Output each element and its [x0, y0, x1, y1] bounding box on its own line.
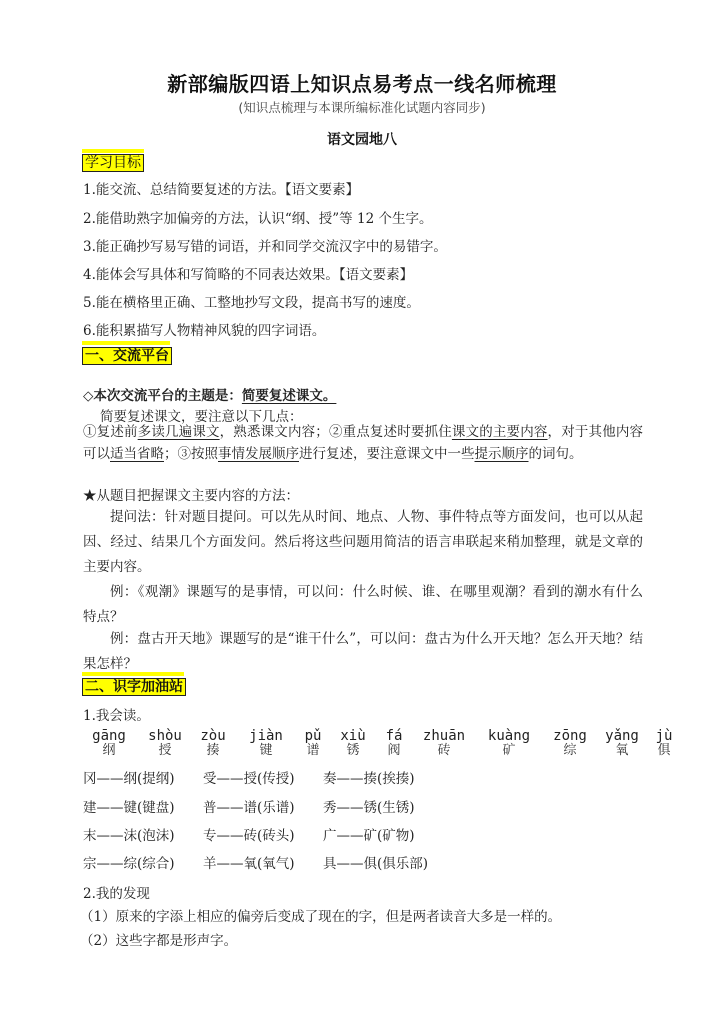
word-row: 建——键(键盘) 普——谱(乐谱) 秀——锈(生锈) — [83, 796, 443, 816]
document-page: 新部编版四语上知识点易考点一线名师梳理 (知识点梳理与本课所编标准化试题内容同步… — [0, 0, 724, 1024]
word-pair: 宗——综(综合) — [83, 852, 203, 872]
word-pair: 普——谱(乐谱) — [203, 796, 323, 816]
goal-item: 2.能借助熟字加偏旁的方法，认识“纲、授”等 12 个生字。 — [83, 207, 432, 227]
goal-item: 1.能交流、总结简要复述的方法。【语文要素】 — [83, 178, 359, 198]
word-pair: 专——砖(砖头) — [203, 824, 323, 844]
pinyin-item: gāng纲 — [83, 728, 135, 758]
subheading-read: 1.我会读。 — [83, 704, 150, 724]
underlined-text: 多读几遍课文 — [138, 424, 220, 440]
goal-item: 6.能积累描写人物精神风貌的四字词语。 — [83, 319, 325, 339]
pinyin-item: pǔ谱 — [299, 728, 327, 758]
pinyin-item: xiù锈 — [335, 728, 371, 758]
goal-item: 3.能正确抄写易写错的词语，并和同学交流汉字中的易错字。 — [83, 235, 447, 255]
text-run: ①复述前 — [83, 424, 138, 440]
pinyin-item: kuàng矿 — [481, 728, 537, 758]
lesson-title: 语文园地八 — [0, 129, 724, 149]
goal-item: 5.能在横格里正确、工整地抄写文段，提高书写的速度。 — [83, 291, 420, 311]
pinyin-item: shòu授 — [141, 728, 189, 758]
pinyin-item: zhuān砖 — [419, 728, 469, 758]
text-run: 的词句。 — [529, 446, 583, 462]
word-row: 末——沫(泡沫) 专——砖(砖头) 广——矿(矿物) — [83, 824, 443, 844]
document-subtitle: (知识点梳理与本课所编标准化试题内容同步) — [0, 98, 724, 116]
section1-heading: 一、交流平台 — [82, 347, 172, 365]
word-pair: 广——矿(矿物) — [323, 824, 443, 844]
word-pair: 受——授(传授) — [203, 767, 323, 787]
goals-heading: 学习目标 — [82, 154, 144, 172]
underlined-text: 事情发展顺序 — [218, 446, 299, 462]
text-run: ；③按照 — [164, 446, 218, 462]
word-row: 宗——综(综合) 羊——氧(氧气) 具——俱(俱乐部) — [83, 852, 443, 872]
method-title: ★从题目把握课文主要内容的方法： — [83, 484, 299, 504]
underlined-text: 适当省略 — [110, 446, 164, 462]
text-run: 进行复述，要注意课文中一些 — [299, 446, 475, 462]
pinyin-item: fá阀 — [381, 728, 407, 758]
method-body: 提问法：针对题目提问。可以先从时间、地点、人物、事件特点等方面发问，也可以从起因… — [83, 505, 643, 580]
word-pair: 末——沫(泡沫) — [83, 824, 203, 844]
theme-label: 本次交流平台的主题是： — [93, 388, 242, 404]
theme-value: 简要复述课文。 — [242, 388, 337, 404]
example-1: 例：《观潮》课题写的是事情，可以问：什么时候、谁、在哪里观潮？看到的潮水有什么特… — [83, 580, 643, 630]
word-pair: 建——键(键盘) — [83, 796, 203, 816]
word-pair: 羊——氧(氧气) — [203, 852, 323, 872]
word-pair: 秀——锈(生锈) — [323, 796, 443, 816]
pinyin-item: zōng综 — [549, 728, 591, 758]
word-pair: 冈——纲(提纲) — [83, 767, 203, 787]
goal-item: 4.能体会写具体和写简略的不同表达效果。【语文要素】 — [83, 263, 413, 283]
document-title: 新部编版四语上知识点易考点一线名师梳理 — [0, 68, 724, 97]
pinyin-item: jiàn键 — [243, 728, 289, 758]
subheading-discovery: 2.我的发现 — [83, 882, 150, 902]
pinyin-row: gāng纲 shòu授 zòu揍 jiàn键 pǔ谱 xiù锈 fá阀 zhuā… — [83, 728, 675, 758]
underlined-text: 提示顺序 — [475, 446, 529, 462]
underlined-text: 课文的主要内容 — [452, 424, 548, 440]
word-row: 冈——纲(提纲) 受——授(传授) 奏——揍(挨揍) — [83, 767, 443, 787]
points-paragraph: ①复述前多读几遍课文，熟悉课文内容；②重点复述时要抓住课文的主要内容，对于其他内… — [83, 421, 643, 465]
word-pair: 具——俱(俱乐部) — [323, 852, 443, 872]
finding-item: （1）原来的字添上相应的偏旁后变成了现在的字，但是两者读音大多是一样的。 — [80, 905, 561, 925]
section2-heading: 二、识字加油站 — [82, 678, 186, 696]
text-run: ，熟悉课文内容；②重点复述时要抓住 — [220, 424, 452, 440]
theme-line: ◇本次交流平台的主题是：简要复述课文。 — [83, 384, 336, 404]
diamond-icon: ◇ — [83, 388, 93, 404]
pinyin-item: jù俱 — [653, 728, 675, 758]
word-pair: 奏——揍(挨揍) — [323, 767, 443, 787]
pinyin-item: yǎng氧 — [601, 728, 643, 758]
finding-item: （2）这些字都是形声字。 — [80, 929, 237, 949]
pinyin-item: zòu揍 — [193, 728, 233, 758]
example-2: 例：盘古开天地》课题写的是“谁干什么”，可以问：盘古为什么开天地？怎么开天地？结… — [83, 627, 643, 677]
